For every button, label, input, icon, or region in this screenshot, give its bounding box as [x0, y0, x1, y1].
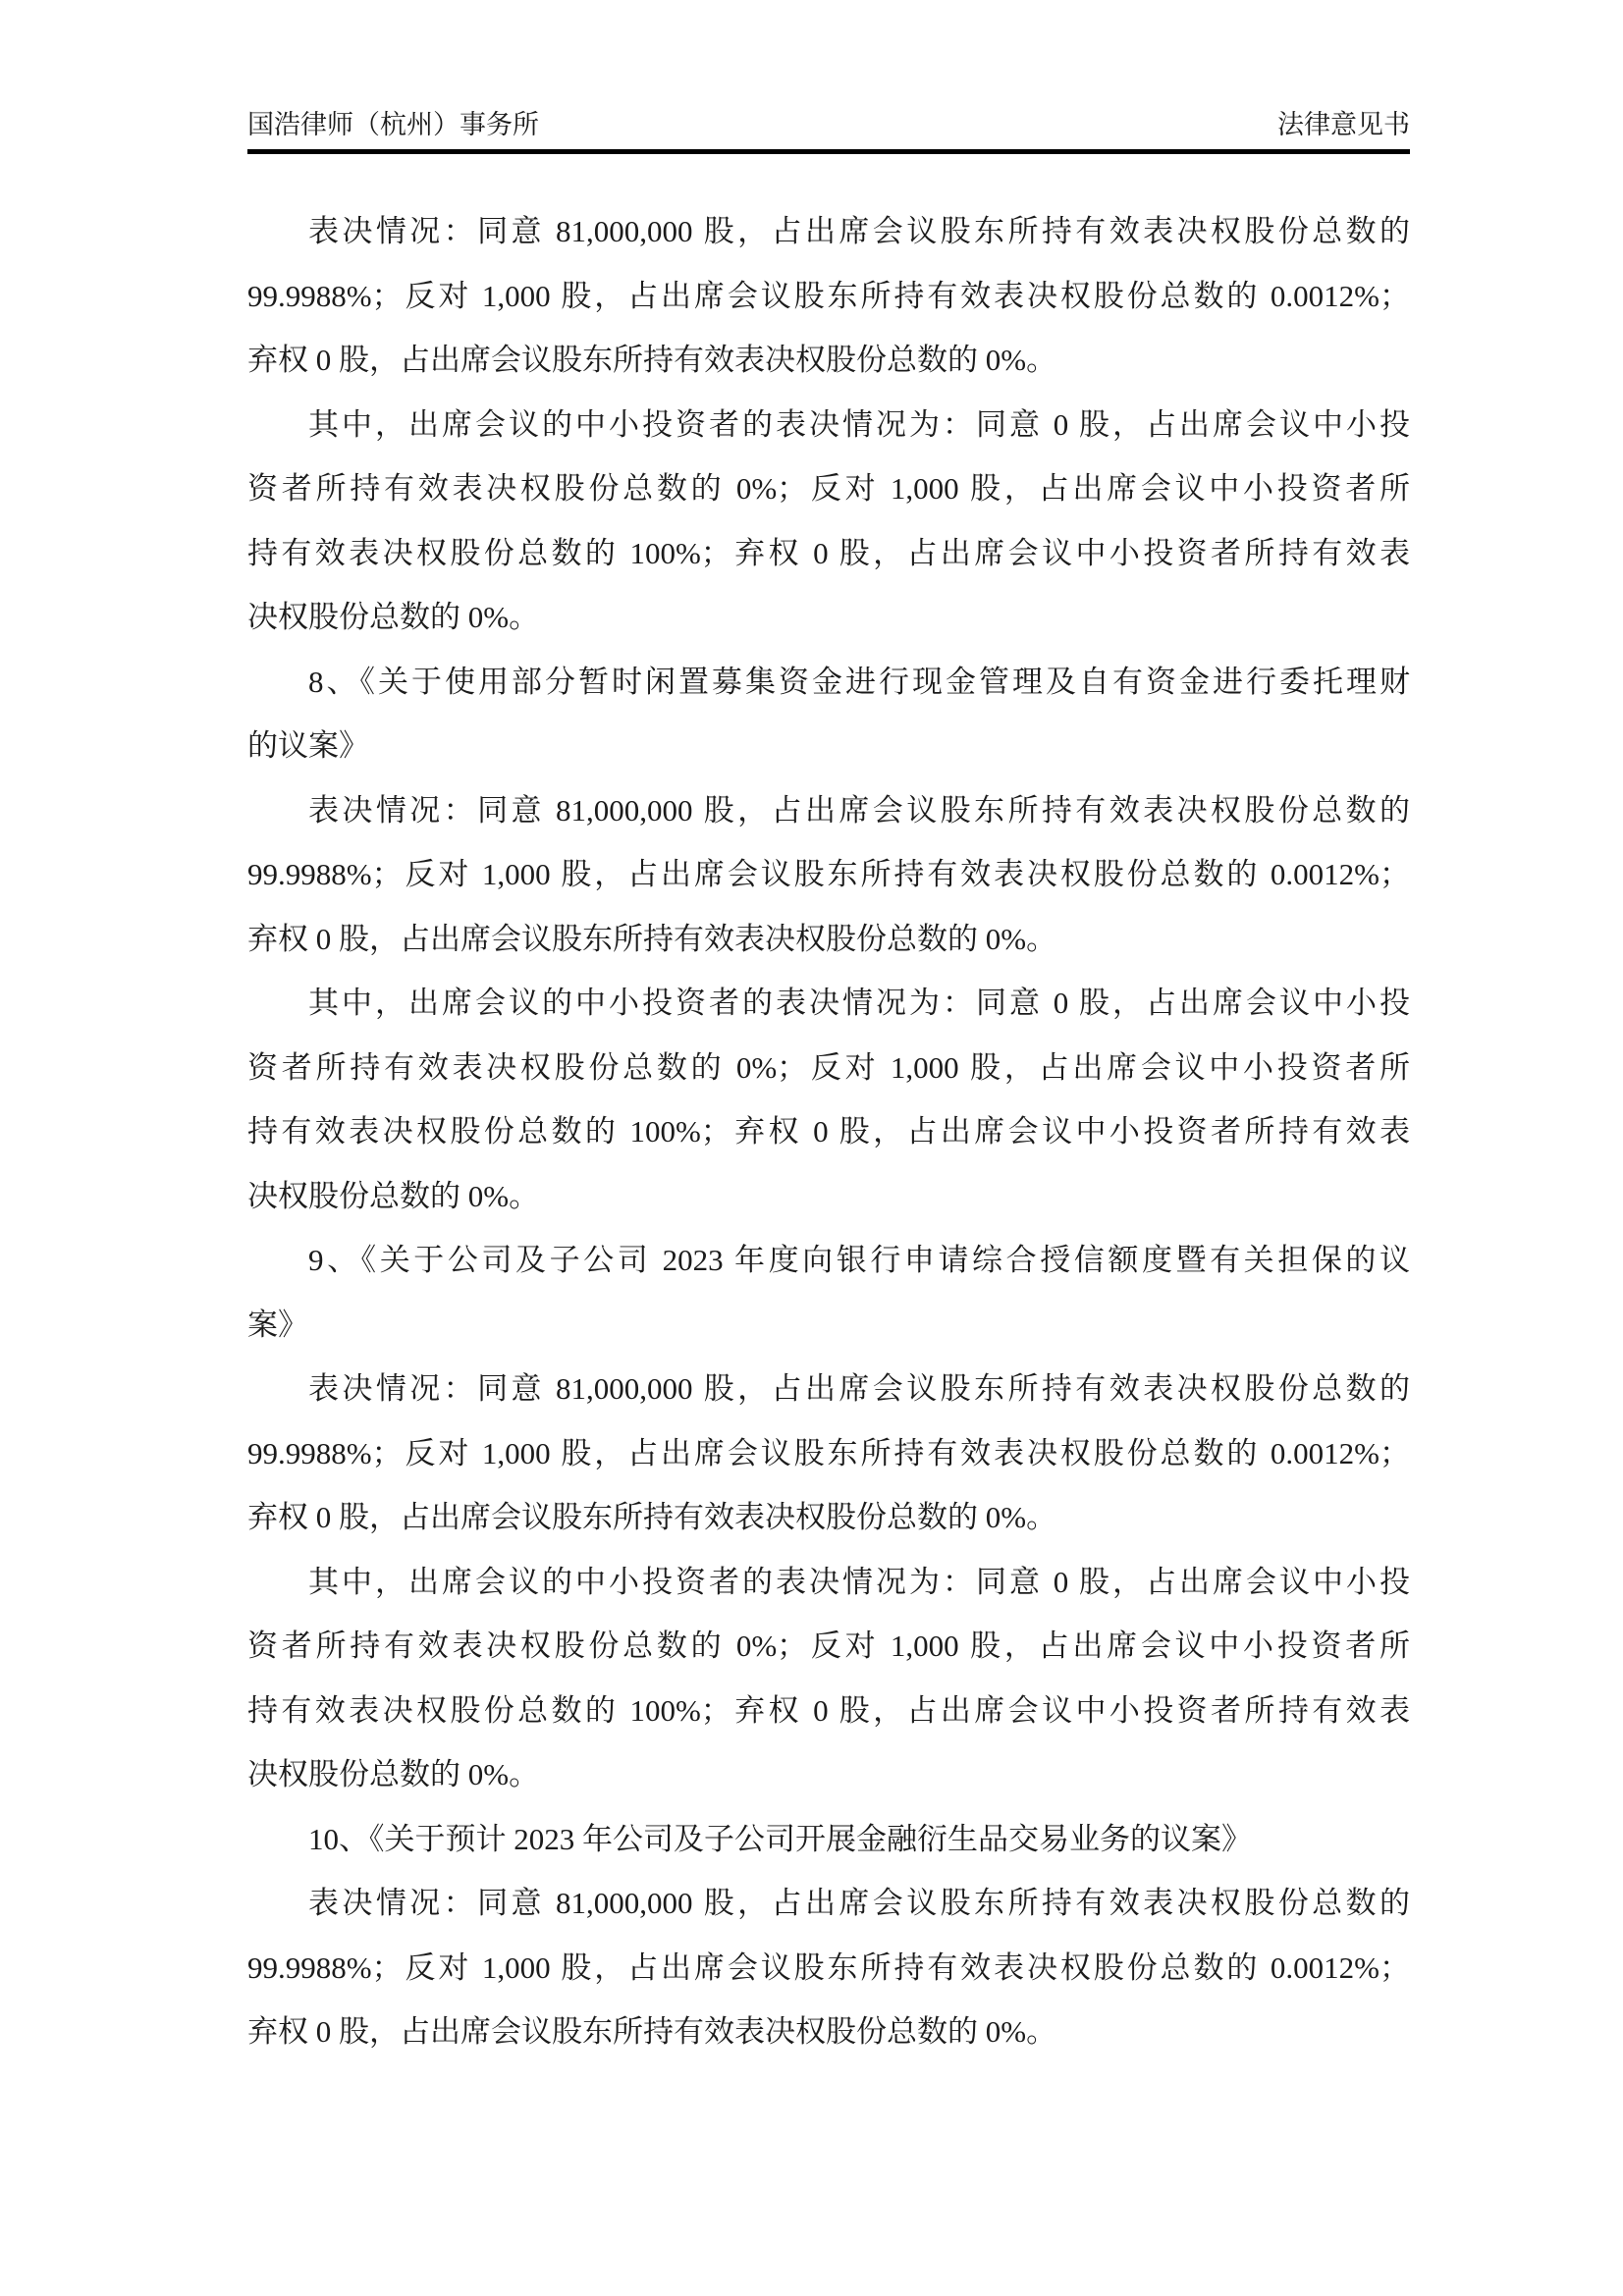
text-line: 资者所持有效表决权股份总数的 0%；反对 1,000 股，占出席会议中小投资者所	[247, 1036, 1410, 1100]
text-line: 持有效表决权股份总数的 100%；弃权 0 股，占出席会议中小投资者所持有效表	[247, 1679, 1410, 1743]
proposal-item-10: 10、《关于预计 2023 年公司及子公司开展金融衍生品交易业务的议案》	[247, 1807, 1410, 1872]
text-line: 表决情况：同意 81,000,000 股，占出席会议股东所持有效表决权股份总数的	[247, 1871, 1410, 1936]
vote-result-minority-1: 其中，出席会议的中小投资者的表决情况为：同意 0 股，占出席会议中小投资者所持有…	[247, 393, 1410, 650]
text-line: 其中，出席会议的中小投资者的表决情况为：同意 0 股，占出席会议中小投	[247, 393, 1410, 457]
page-header: 国浩律师（杭州）事务所 法律意见书	[247, 108, 1410, 154]
text-line: 10、《关于预计 2023 年公司及子公司开展金融衍生品交易业务的议案》	[247, 1807, 1410, 1872]
text-line: 弃权 0 股，占出席会议股东所持有效表决权股份总数的 0%。	[247, 328, 1410, 393]
document-body: 表决情况：同意 81,000,000 股，占出席会议股东所持有效表决权股份总数的…	[247, 199, 1410, 2064]
text-line: 其中，出席会议的中小投资者的表决情况为：同意 0 股，占出席会议中小投	[247, 1550, 1410, 1615]
law-firm-name: 国浩律师（杭州）事务所	[247, 108, 539, 141]
vote-result-overall-2: 表决情况：同意 81,000,000 股，占出席会议股东所持有效表决权股份总数的…	[247, 778, 1410, 972]
proposal-item-8: 8、《关于使用部分暂时闲置募集资金进行现金管理及自有资金进行委托理财的议案》	[247, 650, 1410, 778]
text-line: 表决情况：同意 81,000,000 股，占出席会议股东所持有效表决权股份总数的	[247, 778, 1410, 843]
vote-result-overall-3: 表决情况：同意 81,000,000 股，占出席会议股东所持有效表决权股份总数的…	[247, 1357, 1410, 1550]
text-line: 的议案》	[247, 714, 1410, 778]
text-line: 持有效表决权股份总数的 100%；弃权 0 股，占出席会议中小投资者所持有效表	[247, 1099, 1410, 1164]
vote-result-minority-3: 其中，出席会议的中小投资者的表决情况为：同意 0 股，占出席会议中小投资者所持有…	[247, 1550, 1410, 1807]
page: 国浩律师（杭州）事务所 法律意见书 表决情况：同意 81,000,000 股，占…	[0, 0, 1623, 2296]
text-line: 99.9988%；反对 1,000 股，占出席会议股东所持有效表决权股份总数的 …	[247, 842, 1410, 907]
text-line: 案》	[247, 1293, 1410, 1358]
text-line: 99.9988%；反对 1,000 股，占出席会议股东所持有效表决权股份总数的 …	[247, 264, 1410, 329]
text-line: 决权股份总数的 0%。	[247, 1164, 1410, 1229]
text-line: 8、《关于使用部分暂时闲置募集资金进行现金管理及自有资金进行委托理财	[247, 650, 1410, 715]
text-line: 资者所持有效表决权股份总数的 0%；反对 1,000 股，占出席会议中小投资者所	[247, 456, 1410, 521]
text-line: 表决情况：同意 81,000,000 股，占出席会议股东所持有效表决权股份总数的	[247, 1357, 1410, 1421]
text-line: 弃权 0 股，占出席会议股东所持有效表决权股份总数的 0%。	[247, 2000, 1410, 2064]
text-line: 9、《关于公司及子公司 2023 年度向银行申请综合授信额度暨有关担保的议	[247, 1228, 1410, 1293]
proposal-item-9: 9、《关于公司及子公司 2023 年度向银行申请综合授信额度暨有关担保的议案》	[247, 1228, 1410, 1357]
text-line: 决权股份总数的 0%。	[247, 585, 1410, 650]
vote-result-overall-1: 表决情况：同意 81,000,000 股，占出席会议股东所持有效表决权股份总数的…	[247, 199, 1410, 393]
text-line: 99.9988%；反对 1,000 股，占出席会议股东所持有效表决权股份总数的 …	[247, 1936, 1410, 2001]
text-line: 表决情况：同意 81,000,000 股，占出席会议股东所持有效表决权股份总数的	[247, 199, 1410, 264]
text-line: 资者所持有效表决权股份总数的 0%；反对 1,000 股，占出席会议中小投资者所	[247, 1614, 1410, 1679]
text-line: 弃权 0 股，占出席会议股东所持有效表决权股份总数的 0%。	[247, 907, 1410, 972]
text-line: 弃权 0 股，占出席会议股东所持有效表决权股份总数的 0%。	[247, 1485, 1410, 1550]
vote-result-overall-4: 表决情况：同意 81,000,000 股，占出席会议股东所持有效表决权股份总数的…	[247, 1871, 1410, 2064]
document-type-label: 法律意见书	[1277, 108, 1410, 141]
text-line: 决权股份总数的 0%。	[247, 1742, 1410, 1807]
text-line: 99.9988%；反对 1,000 股，占出席会议股东所持有效表决权股份总数的 …	[247, 1421, 1410, 1486]
vote-result-minority-2: 其中，出席会议的中小投资者的表决情况为：同意 0 股，占出席会议中小投资者所持有…	[247, 971, 1410, 1228]
text-line: 持有效表决权股份总数的 100%；弃权 0 股，占出席会议中小投资者所持有效表	[247, 521, 1410, 586]
text-line: 其中，出席会议的中小投资者的表决情况为：同意 0 股，占出席会议中小投	[247, 971, 1410, 1036]
